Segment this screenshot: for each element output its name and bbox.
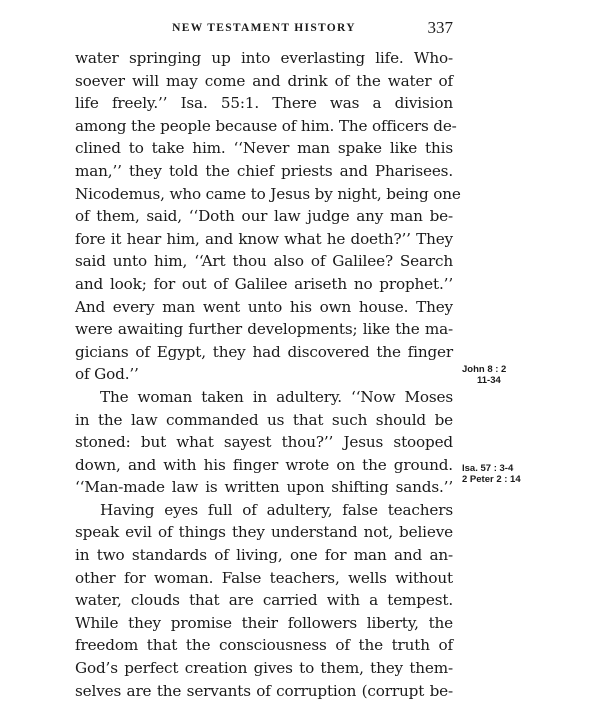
margin-note-ref: 2 Peter 2 : 14 [462, 474, 521, 485]
text-line: of God.’’ [75, 363, 453, 386]
text-line: water springing up into everlasting life… [75, 47, 453, 70]
text-line: Nicodemus, who came to Jesus by night, b… [75, 183, 453, 206]
text-line: ‘‘Man-made law is written upon shifting … [75, 476, 453, 499]
text-line: life freely.’’ Isa. 55:1. There was a di… [75, 92, 453, 115]
margin-note-john: John 8 : 2 11-34 [462, 364, 506, 386]
margin-note-ref-continued: 11-34 [462, 375, 506, 386]
text-line: said unto him, ‘‘Art thou also of Galile… [75, 250, 453, 273]
text-line: stoned: but what sayest thou?’’ Jesus st… [75, 431, 453, 454]
body-text: water springing up into everlasting life… [75, 47, 453, 702]
text-line: down, and with his finger wrote on the g… [75, 454, 453, 477]
text-line: God’s perfect creation gives to them, th… [75, 657, 453, 680]
text-line: speak evil of things they understand not… [75, 521, 453, 544]
text-line: in two standards of living, one for man … [75, 544, 453, 567]
text-line: freedom that the consciousness of the tr… [75, 634, 453, 657]
text-line: fore it hear him, and know what he doeth… [75, 228, 453, 251]
text-line: gicians of Egypt, they had discovered th… [75, 341, 453, 364]
margin-note-ref: John 8 : 2 [462, 364, 506, 375]
text-line: were awaiting further developments; like… [75, 318, 453, 341]
text-line: And every man went unto his own house. T… [75, 296, 453, 319]
text-line: in the law commanded us that such should… [75, 409, 453, 432]
text-line: and look; for out of Galilee ariseth no … [75, 273, 453, 296]
text-line: selves are the servants of corruption (c… [75, 680, 453, 703]
text-line: soever will may come and drink of the wa… [75, 70, 453, 93]
book-page: NEW TESTAMENT HISTORY 337 water springin… [0, 0, 600, 709]
text-line: among the people because of him. The off… [75, 115, 453, 138]
text-line: man,’’ they told the chief priests and P… [75, 160, 453, 183]
paragraph-start-line: The woman taken in adultery. ‘‘Now Moses [75, 386, 453, 409]
text-line: of them, said, ‘‘Doth our law judge any … [75, 205, 453, 228]
text-line: water, clouds that are carried with a te… [75, 589, 453, 612]
margin-note-isaiah-peter: Isa. 57 : 3-4 2 Peter 2 : 14 [462, 463, 521, 485]
paragraph-start-line: Having eyes full of adultery, false teac… [75, 499, 453, 522]
page-number: 337 [428, 18, 454, 38]
text-line: clined to take him. ‘‘Never man spake li… [75, 137, 453, 160]
running-head: NEW TESTAMENT HISTORY 337 [75, 18, 453, 38]
text-line: other for woman. False teachers, wells w… [75, 567, 453, 590]
running-title: NEW TESTAMENT HISTORY [75, 22, 453, 34]
margin-note-ref: Isa. 57 : 3-4 [462, 463, 521, 474]
text-line: While they promise their followers liber… [75, 612, 453, 635]
